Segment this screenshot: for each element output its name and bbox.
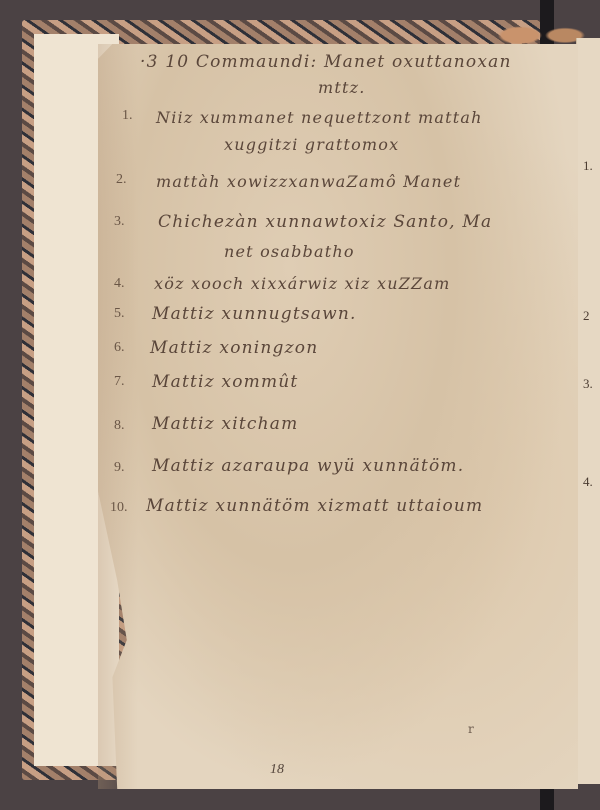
commandment-line: Mattiz xunnätöm xizmatt uttaioum (146, 496, 483, 516)
item-number: 5. (114, 306, 125, 322)
commandment-line: Niiz xummanet nequettzont mattah (156, 108, 483, 127)
commandment-line: xöz xooch xixxárwiz xiz xuZZam (154, 274, 450, 293)
item-number: 7. (114, 374, 125, 390)
commandment-line: Mattiz xommût (152, 372, 298, 392)
pencil-mark: r (468, 722, 474, 736)
item-number: 9. (114, 460, 125, 476)
commandment-continuation: xuggitzi grattomox (224, 135, 399, 154)
item-number: 10. (110, 500, 128, 516)
heading-line-2: mttz. (318, 78, 366, 97)
facing-margin-number: 1. (583, 158, 593, 174)
commandment-line: Mattiz xunnugtsawn. (152, 304, 357, 324)
item-number: 4. (114, 276, 125, 292)
commandment-line: mattàh xowizzxanwaZamô Manet (156, 172, 461, 191)
heading-line-1: ·3 10 Commaundi: Manet oxuttanoxan (140, 52, 512, 72)
item-number: 3. (114, 214, 125, 230)
item-number: 2. (116, 172, 127, 188)
item-number: 8. (114, 418, 125, 434)
commandment-line: Mattiz xoningzon (150, 338, 318, 358)
facing-page-edge: 1. 2 3. 4. (576, 38, 600, 784)
commandment-continuation: net osabbatho (224, 242, 355, 261)
folio-number: 18 (270, 762, 284, 778)
item-number: 6. (114, 340, 125, 356)
facing-margin-number: 2 (583, 308, 590, 324)
commandment-line: Mattiz azaraupa wyü xunnätöm. (152, 456, 464, 476)
commandment-line: Chichezàn xunnawtoxiz Santo, Ma (158, 212, 492, 232)
facing-margin-number: 3. (583, 376, 593, 392)
item-number: 1. (122, 108, 133, 124)
top-edge-stain (490, 6, 590, 48)
commandment-line: Mattiz xitcham (152, 414, 298, 434)
facing-margin-number: 4. (583, 474, 593, 490)
